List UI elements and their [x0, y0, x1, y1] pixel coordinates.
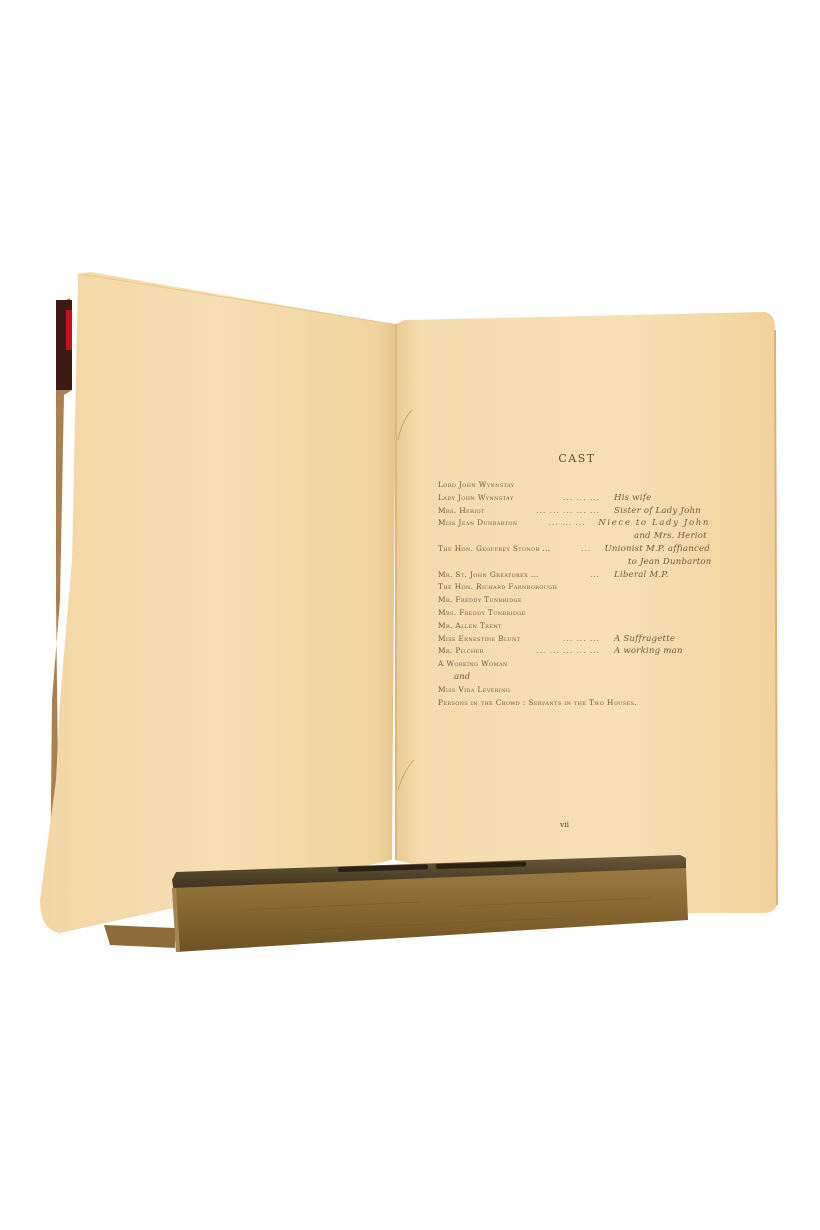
- character-name: Miss Vida Levering: [438, 684, 510, 697]
- cast-entry: Persons in the Crowd : Servants in the T…: [438, 697, 710, 710]
- cast-entry: Mr. Pilcher... ... ... ... ... A working…: [438, 645, 710, 658]
- cast-entry: Mrs. Freddy Tunbridge: [438, 607, 710, 620]
- cast-entry: A Working Woman: [438, 658, 710, 671]
- cast-entry: The Hon. Geoffrey Stonor ...... Unionist…: [438, 543, 710, 556]
- cast-entry-continuation: and Mrs. Heriot: [438, 530, 710, 543]
- character-name: The Hon. Richard Farnborough: [438, 581, 557, 594]
- character-role: Unionist M.P. affianced: [604, 543, 710, 556]
- crowd-note: Persons in the Crowd : Servants in the T…: [438, 697, 637, 710]
- cast-conjunction: and: [438, 671, 710, 684]
- character-name: Miss Ernestine Blunt: [438, 633, 520, 646]
- cast-entry: Mr. Allen Trent: [438, 620, 710, 633]
- character-name: Lady John Wynnstay: [438, 492, 513, 505]
- character-role-cont: and Mrs. Heriot: [614, 530, 707, 543]
- character-name: Mr. St. John Greatorex ...: [438, 569, 539, 582]
- leader-dots: ... ... ...: [563, 492, 600, 505]
- leader-dots: ... ... ...: [563, 633, 600, 646]
- character-role-cont: to Jean Dunbarton: [614, 556, 712, 569]
- leader-dots: ... ... ... ... ...: [536, 645, 600, 658]
- character-name: Mr. Freddy Tunbridge: [438, 594, 522, 607]
- cast-entry: Lady John Wynnstay... ... ... His wife: [438, 492, 710, 505]
- leader-dots: ...: [581, 543, 591, 556]
- character-name: Lord John Wynnstay: [438, 479, 514, 492]
- cast-entry: Miss Vida Levering: [438, 684, 710, 697]
- character-role: Niece to Lady John: [598, 517, 710, 530]
- cast-page: CAST Lord John Wynnstay Lady John Wynnst…: [438, 452, 710, 709]
- character-name: Mr. Pilcher: [438, 645, 484, 658]
- character-name: Mrs. Heriot: [438, 505, 485, 518]
- cast-title: CAST: [438, 452, 710, 465]
- photo-scene: CAST Lord John Wynnstay Lady John Wynnst…: [0, 0, 820, 1230]
- character-role: Liberal M.P.: [614, 569, 668, 582]
- character-role: His wife: [614, 492, 651, 505]
- conjunction-text: and: [438, 671, 470, 684]
- character-name: Miss Jean Dunbarton: [438, 517, 518, 530]
- leader-dots: ...: [590, 569, 600, 582]
- cast-entry: Mr. St. John Greatorex ...... Liberal M.…: [438, 569, 710, 582]
- page-number: vii: [560, 820, 569, 829]
- character-name: A Working Woman: [438, 658, 508, 671]
- character-name: Mrs. Freddy Tunbridge: [438, 607, 526, 620]
- cast-entry-continuation: to Jean Dunbarton: [438, 556, 710, 569]
- character-name: Mr. Allen Trent: [438, 620, 502, 633]
- left-page: [40, 272, 396, 933]
- cast-entry: The Hon. Richard Farnborough: [438, 581, 710, 594]
- cast-entry: Mr. Freddy Tunbridge: [438, 594, 710, 607]
- cast-entry: Miss Ernestine Blunt... ... ... A Suffra…: [438, 633, 710, 646]
- wooden-stand: [172, 855, 688, 952]
- character-role: A Suffragette: [614, 633, 675, 646]
- leader-dots: ... ... ...: [549, 517, 586, 530]
- cast-entry: Mrs. Heriot... ... ... ... ... Sister of…: [438, 505, 710, 518]
- character-role: Sister of Lady John: [614, 505, 701, 518]
- leader-dots: ... ... ... ... ...: [536, 505, 600, 518]
- cast-entry: Miss Jean Dunbarton... ... ... Niece to …: [438, 517, 710, 530]
- character-name: The Hon. Geoffrey Stonor ...: [438, 543, 551, 556]
- cast-entry: Lord John Wynnstay: [438, 479, 710, 492]
- character-role: A working man: [614, 645, 683, 658]
